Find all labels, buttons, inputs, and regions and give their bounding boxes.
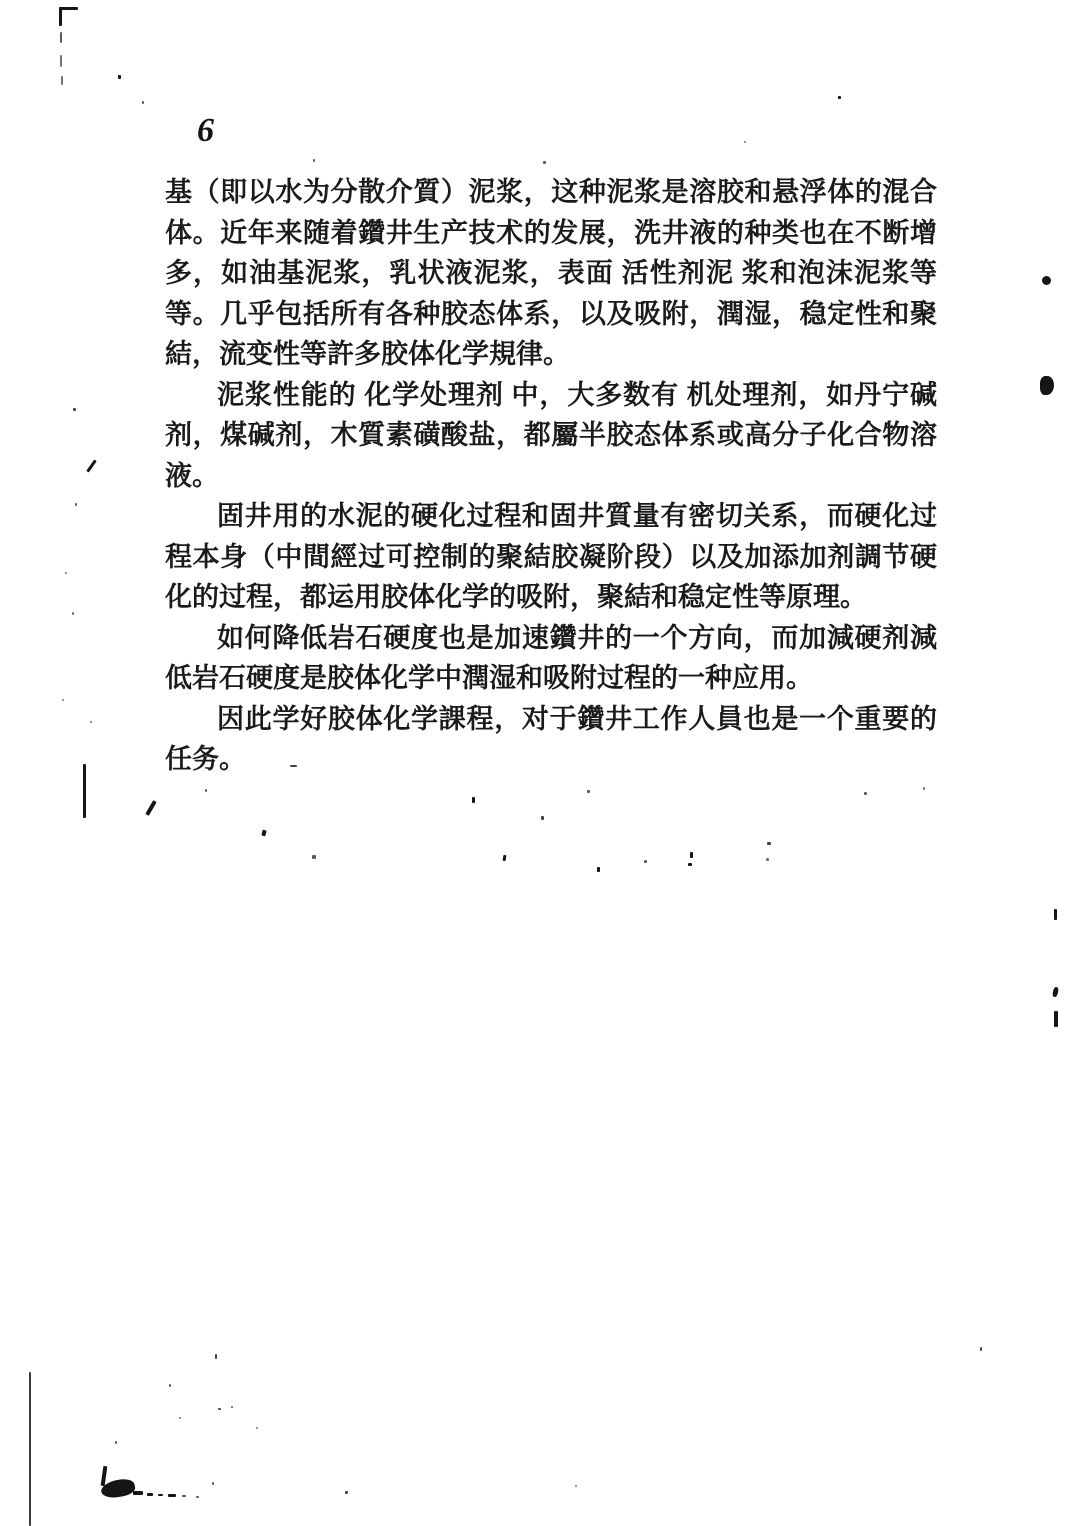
scan-speck bbox=[115, 1441, 117, 1444]
scan-speck bbox=[142, 101, 144, 104]
corner-mark-v bbox=[59, 7, 62, 26]
scan-speck bbox=[597, 867, 600, 872]
text-line: 結，流变性等許多胶体化学規律。 bbox=[165, 334, 937, 375]
body-text: 基（即以水为分散介質）泥浆，这种泥浆是溶胶和悬浮体的混合体。近年来随着鑽井生产技… bbox=[165, 172, 937, 780]
text-line: 低岩石硬度是胶体化学中潤湿和吸附过程的一种应用。 bbox=[165, 658, 937, 699]
scan-speck bbox=[196, 1496, 199, 1498]
scan-speck bbox=[231, 1406, 233, 1408]
scan-speck bbox=[1054, 1011, 1058, 1027]
scan-speck bbox=[864, 792, 867, 795]
scan-speck bbox=[644, 860, 647, 863]
scan-speck bbox=[766, 858, 769, 861]
scan-speck bbox=[541, 816, 544, 820]
stray-line bbox=[83, 764, 86, 818]
scan-speck bbox=[690, 852, 693, 858]
scan-speck bbox=[767, 842, 771, 845]
stray-stroke bbox=[145, 800, 156, 816]
scan-speck bbox=[118, 75, 121, 79]
scan-speck bbox=[980, 1347, 982, 1351]
scan-speck bbox=[65, 572, 67, 574]
scan-speck bbox=[838, 96, 841, 99]
scan-speck bbox=[147, 1493, 153, 1496]
page-edge-line bbox=[29, 1372, 31, 1526]
text-line: 因此学好胶体化学課程，对于鑽井工作人員也是一个重要的 bbox=[165, 699, 937, 740]
scan-speck bbox=[312, 855, 316, 859]
ink-smudge bbox=[100, 1477, 136, 1500]
scan-speck bbox=[61, 76, 63, 85]
page-number: 6 bbox=[197, 112, 214, 150]
text-line: 基（即以水为分散介質）泥浆，这种泥浆是溶胶和悬浮体的混合 bbox=[165, 172, 937, 213]
scan-speck bbox=[205, 789, 207, 792]
scan-speck bbox=[60, 55, 62, 67]
scan-speck bbox=[90, 721, 92, 723]
scanned-book-page: 6 基（即以水为分散介質）泥浆，这种泥浆是溶胶和悬浮体的混合体。近年来随着鑽井生… bbox=[0, 0, 1080, 1526]
scan-speck bbox=[503, 855, 507, 861]
text-line: 等。几乎包括所有各种胶态体系，以及吸附，潤湿，稳定性和聚 bbox=[165, 294, 937, 335]
ink-smudge-hook bbox=[101, 1466, 108, 1486]
text-line: 如何降低岩石硬度也是加速鑽井的一个方向，而加減硬剂減 bbox=[165, 618, 937, 659]
scan-speck bbox=[261, 830, 266, 837]
scan-speck bbox=[75, 503, 77, 506]
scan-speck bbox=[472, 797, 475, 803]
scan-speck bbox=[587, 790, 590, 793]
scan-speck bbox=[313, 159, 315, 162]
corner-mark-h bbox=[59, 7, 78, 10]
text-line: 多，如油基泥浆，乳状液泥浆，表面 活性剂泥 浆和泡沫泥浆等 bbox=[165, 253, 937, 294]
scan-speck bbox=[212, 1482, 214, 1485]
text-line: 体。近年来随着鑽井生产技术的发展，洗井液的种类也在不断增 bbox=[165, 213, 937, 254]
stray-stroke bbox=[86, 459, 96, 472]
scan-speck bbox=[60, 32, 62, 43]
scan-speck bbox=[1054, 909, 1057, 920]
text-line: 泥浆性能的 化学处理剂 中，大多数有 机处理剂，如丹宁碱 bbox=[165, 375, 937, 416]
ink-dot bbox=[1042, 276, 1051, 285]
scan-speck bbox=[575, 1485, 577, 1487]
scan-speck bbox=[256, 1427, 258, 1429]
text-line: 程本身（中間經过可控制的聚結胶凝阶段）以及加添加剂調节硬 bbox=[165, 537, 937, 578]
scan-speck bbox=[133, 1491, 143, 1495]
scan-speck bbox=[158, 1494, 163, 1496]
scan-speck bbox=[72, 612, 74, 615]
scan-speck bbox=[215, 1354, 217, 1359]
scan-speck bbox=[688, 863, 692, 866]
scan-speck bbox=[169, 1384, 171, 1387]
scan-speck bbox=[62, 699, 64, 701]
text-line: 液。 bbox=[165, 456, 937, 497]
text-line: 剂，煤碱剂，木質素磺酸盐，都屬半胶态体系或高分子化合物溶 bbox=[165, 415, 937, 456]
scan-speck bbox=[345, 1491, 348, 1494]
scan-speck bbox=[182, 1495, 186, 1497]
scan-speck bbox=[744, 141, 746, 143]
scan-speck bbox=[179, 1417, 181, 1419]
scan-speck bbox=[218, 1408, 221, 1410]
scan-speck bbox=[923, 787, 925, 790]
text-line: 任务。 bbox=[165, 739, 937, 780]
scan-speck bbox=[168, 1494, 176, 1497]
text-line: 化的过程，都运用胶体化学的吸附，聚結和稳定性等原理。 bbox=[165, 577, 937, 618]
text-line: 固井用的水泥的硬化过程和固井質量有密切关系，而硬化过 bbox=[165, 496, 937, 537]
scan-speck bbox=[543, 161, 546, 164]
scan-speck bbox=[73, 408, 76, 411]
ink-blob bbox=[1040, 376, 1054, 395]
scan-speck bbox=[1052, 987, 1059, 998]
